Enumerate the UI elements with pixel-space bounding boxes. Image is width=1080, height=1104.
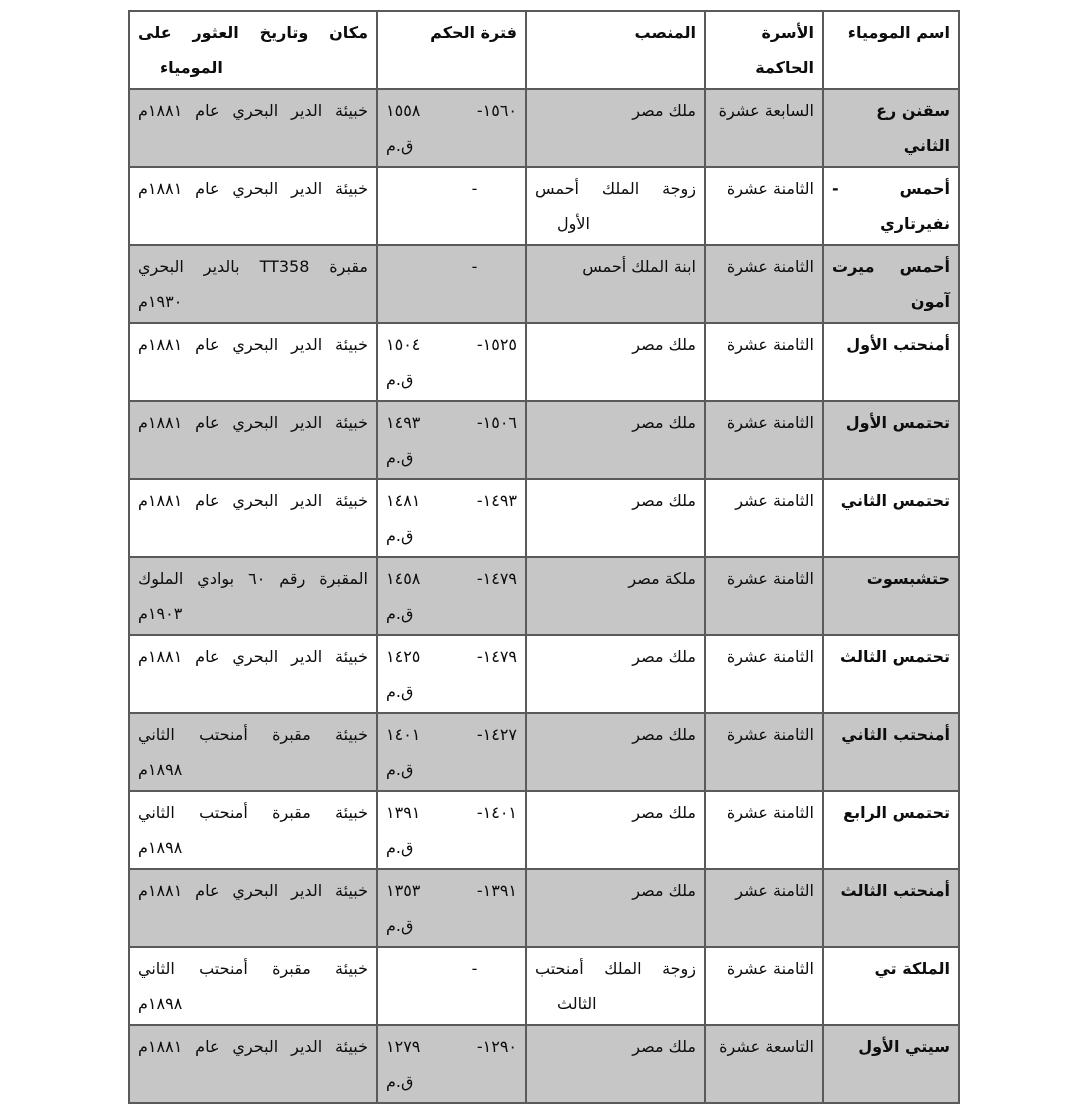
- cell-line: ابنة الملك أحمس: [535, 249, 696, 284]
- cell-line: ١٥٠٦- ١٤٩٣: [386, 405, 517, 440]
- cell-line: المقبرة رقم ٦٠ بوادي الملوك: [138, 561, 368, 596]
- header-reign-period: فترة الحكم: [377, 11, 526, 89]
- header-position: المنصب: [526, 11, 705, 89]
- cell-line: ملك مصر: [535, 483, 696, 518]
- cell-line: ١٤٢٧- ١٤٠١: [386, 717, 517, 752]
- table-row: أمنحتب الثالث الثامنة عشر ملك مصر ١٣٩١- …: [129, 869, 959, 947]
- position-cell: ملك مصر: [526, 791, 705, 869]
- cell-line: الثامنة عشر: [714, 873, 814, 908]
- table-row: أحمس -نفيرتاري الثامنة عشرة زوجة الملك أ…: [129, 167, 959, 245]
- table-row: تحتمس الأول الثامنة عشرة ملك مصر ١٥٠٦- ١…: [129, 401, 959, 479]
- cell-line: الثامنة عشرة: [714, 717, 814, 752]
- cell-line: ملكة مصر: [535, 561, 696, 596]
- position-cell: ملك مصر: [526, 869, 705, 947]
- discovery-place-cell: خبيئة مقبرة أمنحتب الثاني١٨٩٨م: [129, 791, 377, 869]
- cell-line: ١٤٩٣- ١٤٨١: [386, 483, 517, 518]
- cell-line: خبيئة الدير البحري عام ١٨٨١م: [138, 1029, 368, 1064]
- position-cell: ابنة الملك أحمس: [526, 245, 705, 323]
- dynasty-cell: الثامنة عشرة: [705, 713, 823, 791]
- mummy-name-cell: سقنن رع الثاني: [823, 89, 959, 167]
- mummy-name-cell: حتشبسوت: [823, 557, 959, 635]
- cell-line: ق.م: [386, 128, 517, 163]
- cell-line: ملك مصر: [535, 327, 696, 362]
- table-row: تحتمس الثالث الثامنة عشرة ملك مصر ١٤٧٩- …: [129, 635, 959, 713]
- cell-line: الثامنة عشرة: [714, 171, 814, 206]
- cell-line: ملك مصر: [535, 795, 696, 830]
- cell-line: ١٩٣٠م: [138, 284, 368, 319]
- header-text: الحاكمة: [714, 50, 814, 85]
- discovery-place-cell: خبيئة الدير البحري عام ١٨٨١م: [129, 401, 377, 479]
- cell-line: الملكة تي: [832, 951, 950, 986]
- header-discovery-place: مكان وتاريخ العثور علىالمومياء: [129, 11, 377, 89]
- cell-line: خبيئة الدير البحري عام ١٨٨١م: [138, 327, 368, 362]
- dynasty-cell: الثامنة عشر: [705, 869, 823, 947]
- mummy-name-cell: تحتمس الرابع: [823, 791, 959, 869]
- dynasty-cell: الثامنة عشرة: [705, 245, 823, 323]
- position-cell: زوجة الملك أحمسالأول: [526, 167, 705, 245]
- cell-line: -: [386, 171, 517, 206]
- reign-period-cell: ١٢٩٠- ١٢٧٩ق.م: [377, 1025, 526, 1103]
- cell-line: الثالث: [535, 986, 696, 1021]
- header-text: فترة الحكم: [386, 15, 517, 50]
- mummy-name-cell: أمنحتب الأول: [823, 323, 959, 401]
- cell-line: ق.م: [386, 440, 517, 475]
- discovery-place-cell: خبيئة الدير البحري عام ١٨٨١م: [129, 167, 377, 245]
- cell-line: نفيرتاري: [832, 206, 950, 241]
- header-text: مكان وتاريخ العثور على: [138, 15, 368, 50]
- cell-line: ملك مصر: [535, 405, 696, 440]
- cell-line: الثامنة عشرة: [714, 639, 814, 674]
- discovery-place-cell: خبيئة الدير البحري عام ١٨٨١م: [129, 869, 377, 947]
- mummy-name-cell: تحتمس الثاني: [823, 479, 959, 557]
- cell-line: ١٥٢٥- ١٥٠٤: [386, 327, 517, 362]
- cell-line: زوجة الملك أمنحتب: [535, 951, 696, 986]
- cell-line: خبيئة الدير البحري عام ١٨٨١م: [138, 171, 368, 206]
- cell-line: ق.م: [386, 362, 517, 397]
- table-row: أمنحتب الثاني الثامنة عشرة ملك مصر ١٤٢٧-…: [129, 713, 959, 791]
- dynasty-cell: الثامنة عشر: [705, 479, 823, 557]
- cell-line: الأول: [535, 206, 696, 241]
- cell-line: تحتمس الثاني: [832, 483, 950, 518]
- mummy-name-cell: أمنحتب الثاني: [823, 713, 959, 791]
- header-mummy-name: اسم المومياء: [823, 11, 959, 89]
- mummy-name-cell: تحتمس الثالث: [823, 635, 959, 713]
- position-cell: ملك مصر: [526, 713, 705, 791]
- reign-period-cell: -: [377, 245, 526, 323]
- cell-line: الثامنة عشرة: [714, 327, 814, 362]
- cell-line: الثامنة عشرة: [714, 561, 814, 596]
- dynasty-cell: الثامنة عشرة: [705, 401, 823, 479]
- cell-line: ١٤٧٩- ١٤٢٥: [386, 639, 517, 674]
- cell-line: -: [386, 249, 517, 284]
- reign-period-cell: -: [377, 947, 526, 1025]
- cell-line: ق.م: [386, 752, 517, 787]
- cell-line: أحمس ميرت: [832, 249, 950, 284]
- document-page: اسم المومياء الأسرةالحاكمة المنصب فترة ا…: [0, 0, 1080, 1080]
- dynasty-cell: الثامنة عشرة: [705, 791, 823, 869]
- reign-period-cell: ١٤٧٩- ١٤٢٥ق.م: [377, 635, 526, 713]
- cell-line: السابعة عشرة: [714, 93, 814, 128]
- header-text: اسم المومياء: [832, 15, 950, 50]
- cell-line: ق.م: [386, 518, 517, 553]
- position-cell: ملك مصر: [526, 1025, 705, 1103]
- cell-line: أمنحتب الثاني: [832, 717, 950, 752]
- cell-line: ١٨٩٨م: [138, 830, 368, 865]
- reign-period-cell: ١٥٢٥- ١٥٠٤ق.م: [377, 323, 526, 401]
- cell-line: ملك مصر: [535, 639, 696, 674]
- cell-line: الثامنة عشرة: [714, 795, 814, 830]
- dynasty-cell: الثامنة عشرة: [705, 635, 823, 713]
- cell-line: مقبرة TT358 بالدير البحري: [138, 249, 368, 284]
- mummy-name-cell: أحمس ميرتآمون: [823, 245, 959, 323]
- position-cell: ملك مصر: [526, 401, 705, 479]
- header-text: المومياء: [138, 50, 368, 85]
- header-ruling-dynasty: الأسرةالحاكمة: [705, 11, 823, 89]
- discovery-place-cell: خبيئة مقبرة أمنحتب الثاني١٨٩٨م: [129, 947, 377, 1025]
- cell-line: خبيئة الدير البحري عام ١٨٨١م: [138, 405, 368, 440]
- reign-period-cell: ١٤٧٩- ١٤٥٨ق.م: [377, 557, 526, 635]
- cell-line: تحتمس الأول: [832, 405, 950, 440]
- cell-line: ١٤٠١- ١٣٩١: [386, 795, 517, 830]
- discovery-place-cell: خبيئة الدير البحري عام ١٨٨١م: [129, 479, 377, 557]
- table-row: تحتمس الثاني الثامنة عشر ملك مصر ١٤٩٣- ١…: [129, 479, 959, 557]
- cell-line: تحتمس الثالث: [832, 639, 950, 674]
- header-row: اسم المومياء الأسرةالحاكمة المنصب فترة ا…: [129, 11, 959, 89]
- cell-line: أمنحتب الثالث: [832, 873, 950, 908]
- table-row: سقنن رع الثاني السابعة عشرة ملك مصر ١٥٦٠…: [129, 89, 959, 167]
- reign-period-cell: ١٤٠١- ١٣٩١ق.م: [377, 791, 526, 869]
- position-cell: ملك مصر: [526, 323, 705, 401]
- cell-line: ملك مصر: [535, 93, 696, 128]
- table-row: الملكة تي الثامنة عشرة زوجة الملك أمنحتب…: [129, 947, 959, 1025]
- reign-period-cell: ١٣٩١- ١٣٥٣ق.م: [377, 869, 526, 947]
- cell-line: الثامنة عشر: [714, 483, 814, 518]
- cell-line: ق.م: [386, 674, 517, 709]
- cell-line: التاسعة عشرة: [714, 1029, 814, 1064]
- cell-line: ١٨٩٨م: [138, 752, 368, 787]
- cell-line: ١٨٩٨م: [138, 986, 368, 1021]
- cell-line: ١٢٩٠- ١٢٧٩: [386, 1029, 517, 1064]
- reign-period-cell: ١٤٢٧- ١٤٠١ق.م: [377, 713, 526, 791]
- cell-line: أحمس -: [832, 171, 950, 206]
- dynasty-cell: الثامنة عشرة: [705, 167, 823, 245]
- cell-line: خبيئة مقبرة أمنحتب الثاني: [138, 717, 368, 752]
- mummy-name-cell: الملكة تي: [823, 947, 959, 1025]
- cell-line: سقنن رع الثاني: [832, 93, 950, 163]
- mummy-name-cell: سيتي الأول: [823, 1025, 959, 1103]
- cell-line: حتشبسوت: [832, 561, 950, 596]
- dynasty-cell: الثامنة عشرة: [705, 323, 823, 401]
- discovery-place-cell: مقبرة TT358 بالدير البحري١٩٣٠م: [129, 245, 377, 323]
- dynasty-cell: السابعة عشرة: [705, 89, 823, 167]
- cell-line: ملك مصر: [535, 873, 696, 908]
- discovery-place-cell: خبيئة الدير البحري عام ١٨٨١م: [129, 1025, 377, 1103]
- table-row: حتشبسوت الثامنة عشرة ملكة مصر ١٤٧٩- ١٤٥٨…: [129, 557, 959, 635]
- table-row: سيتي الأول التاسعة عشرة ملك مصر ١٢٩٠- ١٢…: [129, 1025, 959, 1103]
- discovery-place-cell: خبيئة مقبرة أمنحتب الثاني١٨٩٨م: [129, 713, 377, 791]
- header-text: الأسرة: [714, 15, 814, 50]
- cell-line: أمنحتب الأول: [832, 327, 950, 362]
- cell-line: خبيئة الدير البحري عام ١٨٨١م: [138, 639, 368, 674]
- cell-line: تحتمس الرابع: [832, 795, 950, 830]
- cell-line: ق.م: [386, 1064, 517, 1099]
- dynasty-cell: الثامنة عشرة: [705, 947, 823, 1025]
- cell-line: خبيئة الدير البحري عام ١٨٨١م: [138, 483, 368, 518]
- cell-line: الثامنة عشرة: [714, 249, 814, 284]
- cell-line: زوجة الملك أحمس: [535, 171, 696, 206]
- table-row: أحمس ميرتآمون الثامنة عشرة ابنة الملك أح…: [129, 245, 959, 323]
- discovery-place-cell: المقبرة رقم ٦٠ بوادي الملوك١٩٠٣م: [129, 557, 377, 635]
- cell-line: ملك مصر: [535, 717, 696, 752]
- mummy-name-cell: تحتمس الأول: [823, 401, 959, 479]
- position-cell: ملكة مصر: [526, 557, 705, 635]
- cell-line: سيتي الأول: [832, 1029, 950, 1064]
- mummies-table: اسم المومياء الأسرةالحاكمة المنصب فترة ا…: [128, 10, 960, 1104]
- cell-line: -: [386, 951, 517, 986]
- cell-line: ١٤٧٩- ١٤٥٨: [386, 561, 517, 596]
- dynasty-cell: الثامنة عشرة: [705, 557, 823, 635]
- cell-line: خبيئة الدير البحري عام ١٨٨١م: [138, 873, 368, 908]
- position-cell: ملك مصر: [526, 89, 705, 167]
- table-row: تحتمس الرابع الثامنة عشرة ملك مصر ١٤٠١- …: [129, 791, 959, 869]
- cell-line: ١٥٦٠- ١٥٥٨: [386, 93, 517, 128]
- discovery-place-cell: خبيئة الدير البحري عام ١٨٨١م: [129, 323, 377, 401]
- cell-line: الثامنة عشرة: [714, 951, 814, 986]
- cell-line: ملك مصر: [535, 1029, 696, 1064]
- position-cell: ملك مصر: [526, 479, 705, 557]
- reign-period-cell: ١٥٦٠- ١٥٥٨ق.م: [377, 89, 526, 167]
- mummy-name-cell: أحمس -نفيرتاري: [823, 167, 959, 245]
- position-cell: ملك مصر: [526, 635, 705, 713]
- reign-period-cell: ١٥٠٦- ١٤٩٣ق.م: [377, 401, 526, 479]
- reign-period-cell: -: [377, 167, 526, 245]
- table-row: أمنحتب الأول الثامنة عشرة ملك مصر ١٥٢٥- …: [129, 323, 959, 401]
- cell-line: ق.م: [386, 830, 517, 865]
- discovery-place-cell: خبيئة الدير البحري عام ١٨٨١م: [129, 89, 377, 167]
- cell-line: ١٩٠٣م: [138, 596, 368, 631]
- discovery-place-cell: خبيئة الدير البحري عام ١٨٨١م: [129, 635, 377, 713]
- cell-line: ق.م: [386, 596, 517, 631]
- cell-line: ١٣٩١- ١٣٥٣: [386, 873, 517, 908]
- cell-line: خبيئة مقبرة أمنحتب الثاني: [138, 795, 368, 830]
- dynasty-cell: التاسعة عشرة: [705, 1025, 823, 1103]
- reign-period-cell: ١٤٩٣- ١٤٨١ق.م: [377, 479, 526, 557]
- position-cell: زوجة الملك أمنحتبالثالث: [526, 947, 705, 1025]
- cell-line: خبيئة الدير البحري عام ١٨٨١م: [138, 93, 368, 128]
- cell-line: آمون: [832, 284, 950, 319]
- header-text: المنصب: [535, 15, 696, 50]
- cell-line: ق.م: [386, 908, 517, 943]
- mummy-name-cell: أمنحتب الثالث: [823, 869, 959, 947]
- cell-line: الثامنة عشرة: [714, 405, 814, 440]
- cell-line: خبيئة مقبرة أمنحتب الثاني: [138, 951, 368, 986]
